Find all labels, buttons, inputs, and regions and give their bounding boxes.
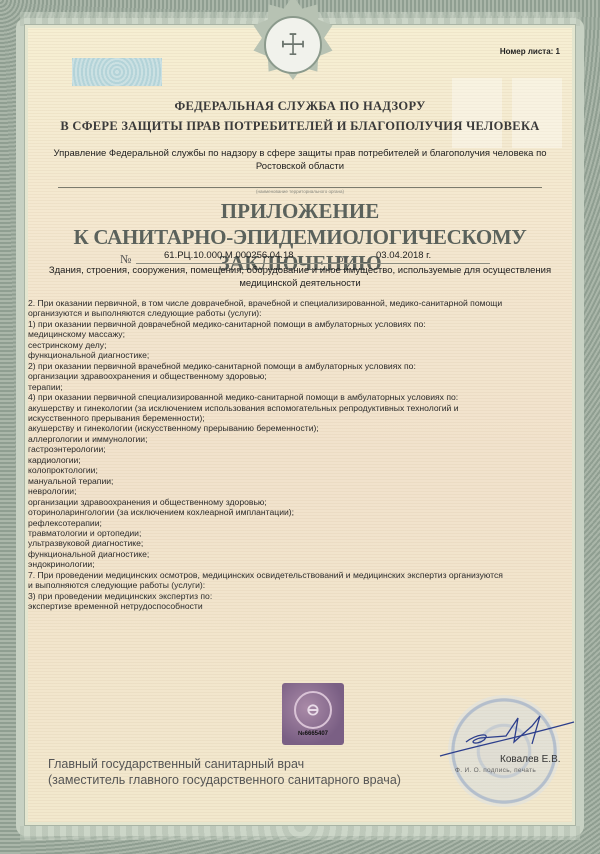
number-underline (136, 263, 490, 264)
territorial-department: Управление Федеральной службы по надзору… (44, 147, 556, 173)
services-list-line: эндокринологии; (28, 559, 570, 569)
sheet-number: Номер листа: 1 (500, 47, 560, 56)
services-list-line: мануальной терапии; (28, 476, 570, 486)
services-list-line: организуются и выполняются следующие раб… (28, 308, 570, 318)
double-headed-eagle-emblem-icon: ☩ (264, 16, 322, 74)
services-list-line: искусственного прерывания беременности); (28, 413, 570, 423)
agency-name-line-1: ФЕДЕРАЛЬНАЯ СЛУЖБА ПО НАДЗОРУ (40, 96, 560, 116)
signer-title-line-1: Главный государственный санитарный врач (48, 756, 401, 772)
services-list-line: и выполняются следующие работы (услуги): (28, 580, 570, 590)
services-list-line: экспертизе временной нетрудоспособности (28, 601, 570, 611)
emblem: ☩ (248, 8, 338, 76)
services-list-line: 7. При проведении медицинских осмотров, … (28, 570, 570, 580)
signature-caption: Ф. И. О. подпись, печать (455, 767, 536, 774)
services-list-line: 1) при оказании первичной доврачебной ме… (28, 319, 570, 329)
services-list-line: кардиологии; (28, 455, 570, 465)
scope-description: Здания, строения, сооружения, помещения,… (44, 265, 556, 290)
services-list-line: оториноларингологии (за исключением кохл… (28, 507, 570, 517)
hologram-serial: №6665407 (298, 731, 328, 737)
services-list-line: 2) при оказании первичной врачебной меди… (28, 361, 570, 371)
services-list-line: терапии; (28, 382, 570, 392)
holographic-security-stripe (72, 58, 162, 86)
agency-name: ФЕДЕРАЛЬНАЯ СЛУЖБА ПО НАДЗОРУ В СФЕРЕ ЗА… (40, 96, 560, 136)
agency-name-line-2: В СФЕРЕ ЗАЩИТЫ ПРАВ ПОТРЕБИТЕЛЕЙ И БЛАГО… (40, 116, 560, 136)
hologram-sticker: ⊖ №6665407 (282, 683, 344, 745)
conclusion-number-row: № 61.РЦ.10.000.М.000256.04.18 от 03.04.2… (120, 250, 490, 264)
services-list-line: акушерству и гинекологии (искусственному… (28, 423, 570, 433)
signature-icon (436, 712, 576, 758)
services-list-line: травматологии и ортопедии; (28, 528, 570, 538)
services-list-line: гастроэнтерологии; (28, 444, 570, 454)
signer-title-line-2: (заместитель главного государственного с… (48, 772, 401, 788)
services-list: 2. При оказании первичной, в том числе д… (28, 298, 570, 612)
services-list-line: 4) при оказании первичной специализирова… (28, 392, 570, 402)
services-list-line: 2. При оказании первичной, в том числе д… (28, 298, 570, 308)
signer-title: Главный государственный санитарный врач … (48, 756, 401, 788)
services-list-line: колопроктологии; (28, 465, 570, 475)
rospotrebnadzor-logo-icon: ⊖ (294, 691, 332, 729)
services-list-line: рефлексотерапии; (28, 518, 570, 528)
conclusion-date: 03.04.2018 г. (376, 250, 431, 261)
services-list-line: аллергологии и иммунологии; (28, 434, 570, 444)
title-line-1: ПРИЛОЖЕНИЕ (20, 198, 580, 224)
services-list-line: ультразвуковой диагностике; (28, 538, 570, 548)
services-list-line: неврологии; (28, 486, 570, 496)
signer-name: Ковалев Е.В. (500, 754, 561, 765)
decorative-border-bottom (20, 826, 580, 840)
services-list-line: функциональной диагностике; (28, 350, 570, 360)
department-caption: (наименование территориального органа) (0, 189, 600, 194)
services-list-line: медицинскому массажу; (28, 329, 570, 339)
department-underline (58, 187, 542, 188)
services-list-line: 3) при проведении медицинских экспертиз … (28, 591, 570, 601)
services-list-line: акушерству и гинекологии (за исключением… (28, 403, 570, 413)
services-list-line: организации здравоохранения и общественн… (28, 497, 570, 507)
services-list-line: функциональной диагностике; (28, 549, 570, 559)
services-list-line: организации здравоохранения и общественн… (28, 371, 570, 381)
conclusion-number: 61.РЦ.10.000.М.000256.04.18 (164, 250, 294, 261)
services-list-line: сестринскому делу; (28, 340, 570, 350)
certificate-sheet: ☩ Номер листа: 1 ФЕДЕРАЛЬНАЯ СЛУЖБА ПО Н… (0, 0, 600, 854)
